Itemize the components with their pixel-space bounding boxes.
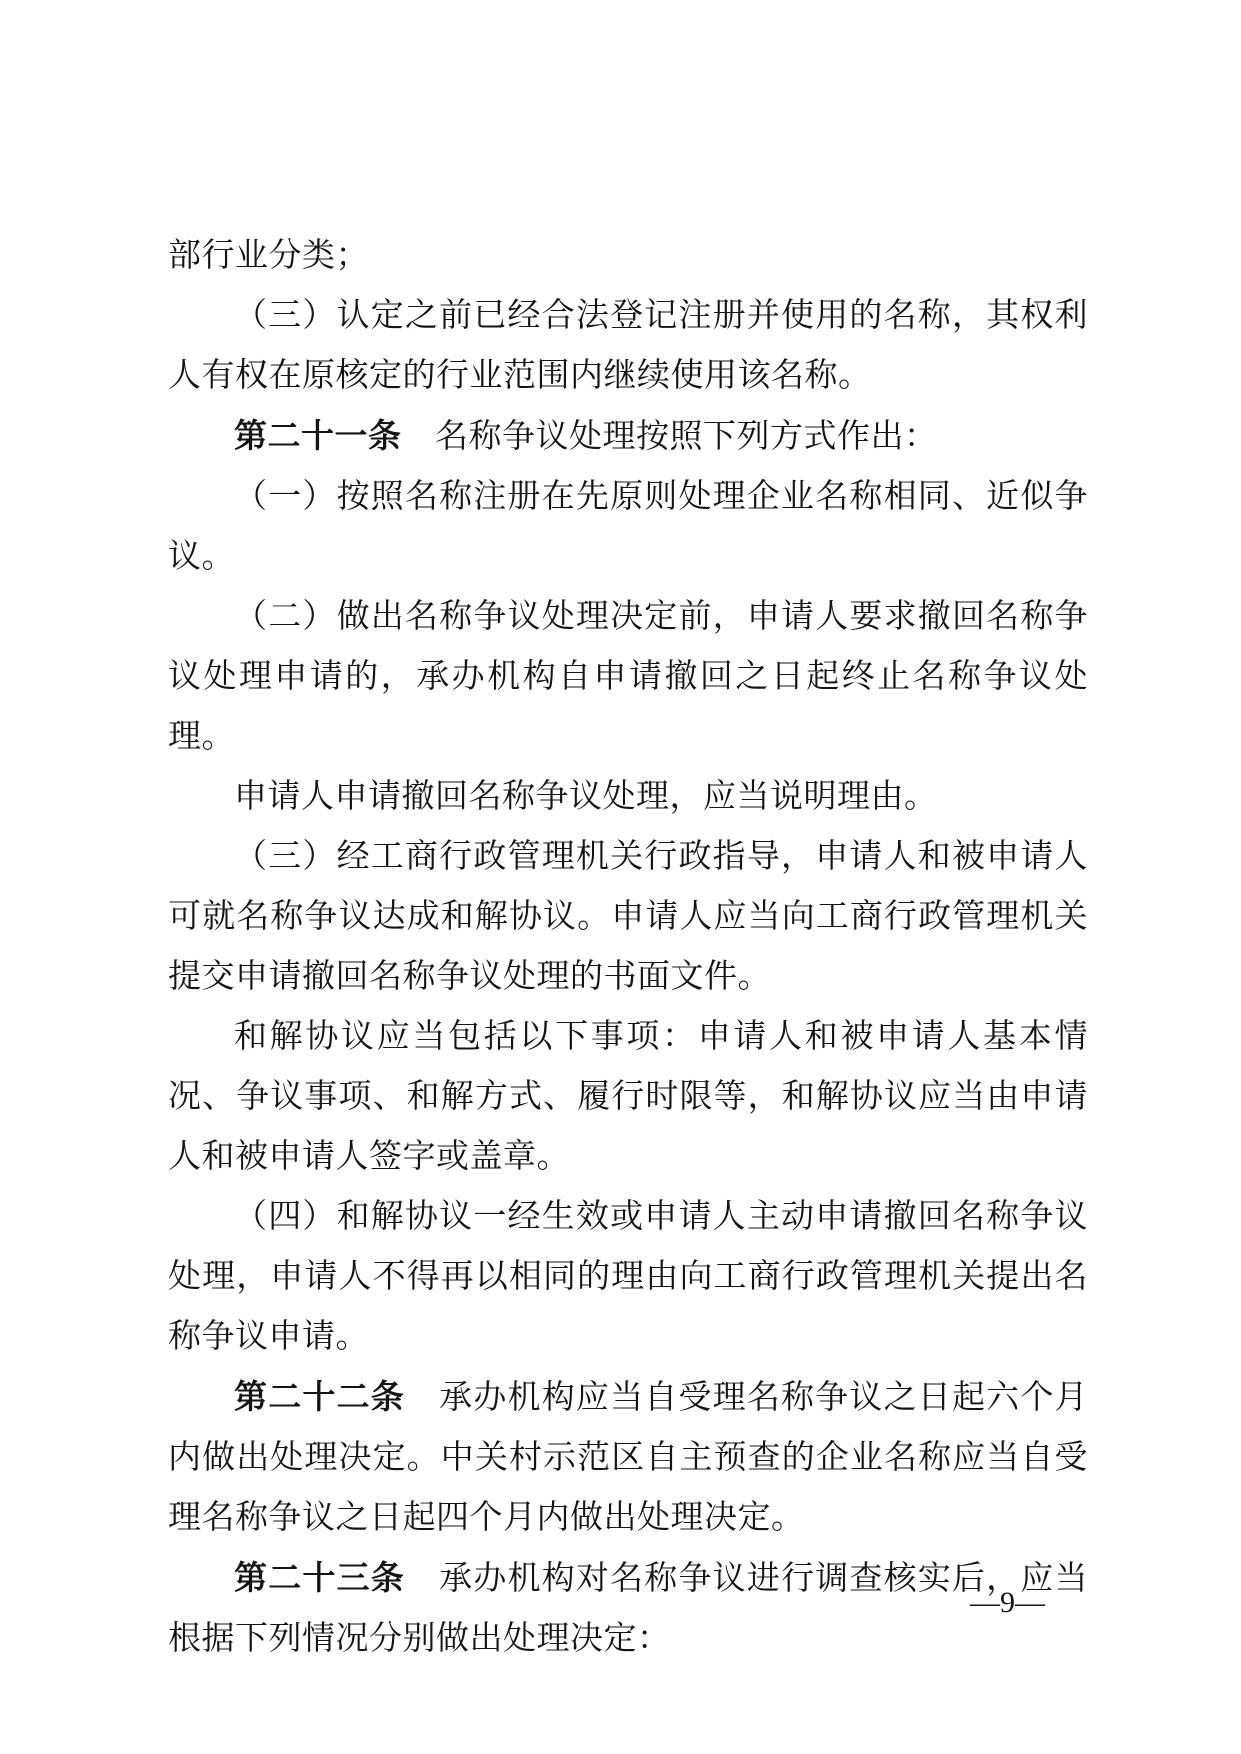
page-footer: —9— [970,1586,1045,1620]
paragraph: 第二十三条 承办机构对名称争议进行调查核实后，应当根据下列情况分别做出处理决定： [168,1548,1088,1669]
paragraph: （三）经工商行政管理机关行政指导，申请人和被申请人可就名称争议达成和解协议。申请… [168,827,1088,1007]
paragraph: （一）按照名称注册在先原则处理企业名称相同、近似争议。 [168,467,1088,587]
paragraph: 部行业分类； [168,226,1088,286]
paragraph: 和解协议应当包括以下事项：申请人和被申请人基本情况、争议事项、和解方式、履行时限… [168,1007,1088,1187]
paragraph: （三）认定之前已经合法登记注册并使用的名称，其权利人有权在原核定的行业范围内继续… [168,286,1088,406]
paragraph: 第二十一条 名称争议处理按照下列方式作出： [168,406,1088,467]
article-number: 第二十一条 [234,417,402,454]
document-page: 部行业分类；（三）认定之前已经合法登记注册并使用的名称，其权利人有权在原核定的行… [0,0,1241,1754]
page-number: —9— [970,1586,1045,1619]
paragraph: （二）做出名称争议处理决定前，申请人要求撤回名称争议处理申请的，承办机构自申请撤… [168,587,1088,767]
paragraph: 申请人申请撤回名称争议处理，应当说明理由。 [168,767,1088,827]
article-number: 第二十三条 [234,1559,405,1596]
document-body: 部行业分类；（三）认定之前已经合法登记注册并使用的名称，其权利人有权在原核定的行… [168,226,1088,1669]
paragraph: （四）和解协议一经生效或申请人主动申请撤回名称争议处理，申请人不得再以相同的理由… [168,1187,1088,1367]
paragraph: 第二十二条 承办机构应当自受理名称争议之日起六个月内做出处理决定。中关村示范区自… [168,1367,1088,1548]
article-number: 第二十二条 [234,1378,405,1415]
